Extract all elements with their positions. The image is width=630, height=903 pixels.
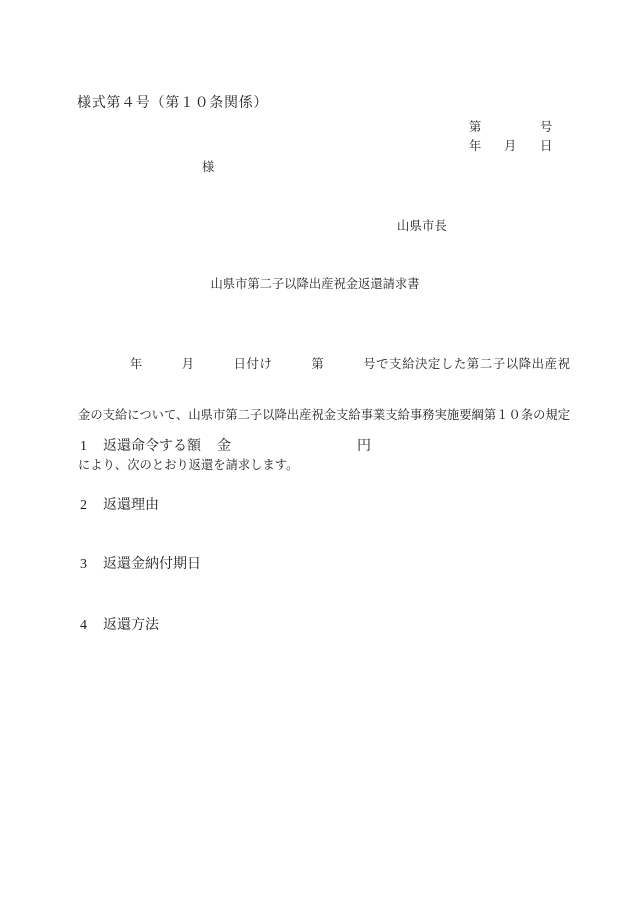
date-month-label: 月 — [504, 139, 516, 153]
item-2-label: 返還理由 — [103, 498, 159, 514]
item-2-number: 2 — [80, 498, 87, 514]
document-page: 様式第４号（第１０条関係） 第 号 年 月 日 様 山県市長 山県市第二子以降出… — [0, 0, 630, 903]
form-designation-label: 様式第４号（第１０条関係） — [77, 96, 268, 112]
addressee-name-blank-field — [78, 160, 198, 173]
item-3-number: 3 — [80, 557, 87, 573]
date-year-label: 年 — [469, 139, 481, 153]
doc-number-suffix-label: 号 — [540, 120, 552, 134]
doc-number-blank-field — [483, 120, 538, 133]
item-4-number: 4 — [80, 618, 87, 634]
item-3-label: 返還金納付期日 — [103, 557, 201, 573]
body-paragraph: 年 月 日付け 第 号で支給決定した第二子以降出産祝 金の支給について、山県市第… — [78, 329, 570, 508]
item-1-number: 1 — [80, 439, 87, 455]
item-1-amount-blank-field — [233, 440, 353, 454]
doc-number-prefix-label: 第 — [469, 120, 481, 134]
date-day-label: 日 — [540, 139, 552, 153]
item-1-amount-prefix-label: 金 — [217, 439, 231, 455]
sender-name: 山県市長 — [397, 219, 447, 233]
item-1-label: 返還命令する額 — [103, 439, 201, 455]
body-paragraph-line-2: 金の支給について、山県市第二子以降出産祝金支給事業支給事務実施要綱第１０条の規定 — [78, 408, 570, 430]
item-4-label: 返還方法 — [103, 618, 159, 634]
document-title: 山県市第二子以降出産祝金返還請求書 — [0, 277, 630, 291]
addressee-honorific-label: 様 — [202, 160, 214, 174]
item-1-amount-unit-label: 円 — [357, 439, 371, 455]
body-paragraph-line-1: 年 月 日付け 第 号で支給決定した第二子以降出産祝 — [78, 357, 570, 379]
body-paragraph-line-3: により、次のとおり返還を請求します。 — [78, 458, 570, 480]
